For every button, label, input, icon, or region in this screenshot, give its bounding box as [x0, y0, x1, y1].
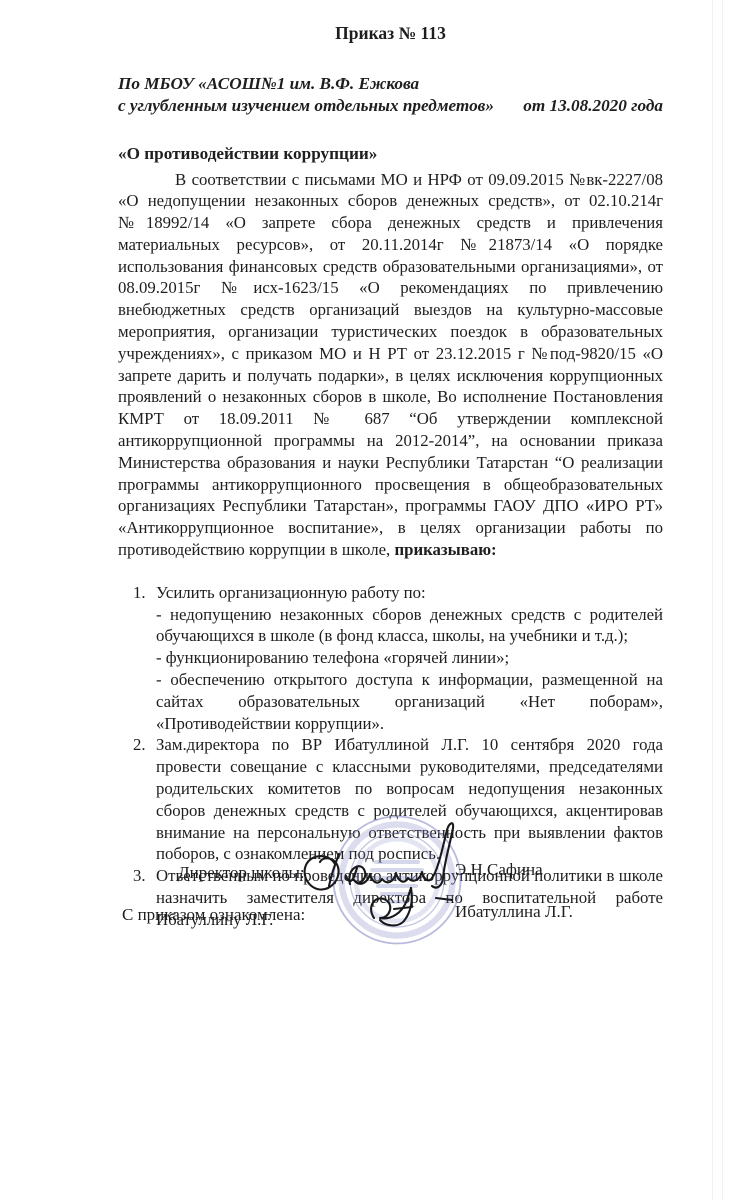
item-1-sub-1: - недопущению незаконных сборов денежных…: [156, 604, 663, 648]
item-1-sub-2: - функционированию телефона «горячей лин…: [156, 647, 663, 669]
scanner-artifact-line: [712, 0, 713, 1200]
item-1-sub-3: - обеспечению открытого доступа к информ…: [156, 669, 663, 734]
document-body: Приказ № 113 По МБОУ «АСОШ№1 им. В.Ф. Еж…: [118, 22, 663, 931]
item-1-text: Усилить организационную работу по:: [156, 582, 663, 604]
director-name: Э.Н.Сафина: [455, 859, 543, 880]
organization-block: По МБОУ «АСОШ№1 им. В.Ф. Ежкова с углубл…: [118, 73, 663, 116]
organization-line2: с углубленным изучением отдельных предме…: [118, 95, 494, 117]
order-date: от 13.08.2020 года: [523, 95, 663, 117]
item-1-number: 1.: [133, 582, 146, 604]
order-subject: «О противодействии коррупции»: [118, 143, 663, 165]
scanned-order-document: Приказ № 113 По МБОУ «АСОШ№1 им. В.Ф. Еж…: [0, 0, 729, 1200]
scanner-artifact-line: [722, 0, 723, 1200]
deputy-name: Ибатуллина Л.Г.: [455, 901, 573, 922]
order-item-1: 1. Усилить организационную работу по: - …: [118, 582, 663, 735]
preamble-decree-word: приказываю:: [394, 540, 496, 559]
preamble-paragraph: В соответствии с письмами МО и НРФ от 09…: [118, 169, 663, 561]
item-3-number: 3.: [133, 865, 146, 887]
director-signature: [305, 823, 454, 900]
director-signature-label: Директор школы:: [178, 862, 305, 883]
item-2-number: 2.: [133, 734, 146, 756]
organization-line1: По МБОУ «АСОШ№1 им. В.Ф. Ежкова: [118, 73, 663, 95]
deputy-signature: [371, 888, 412, 925]
order-title: Приказ № 113: [118, 22, 663, 44]
acknowledged-signature-label: С приказом ознакомлена:: [122, 904, 305, 925]
preamble-text: В соответствии с письмами МО и НРФ от 09…: [118, 170, 663, 560]
signatures-ink: [290, 806, 475, 941]
